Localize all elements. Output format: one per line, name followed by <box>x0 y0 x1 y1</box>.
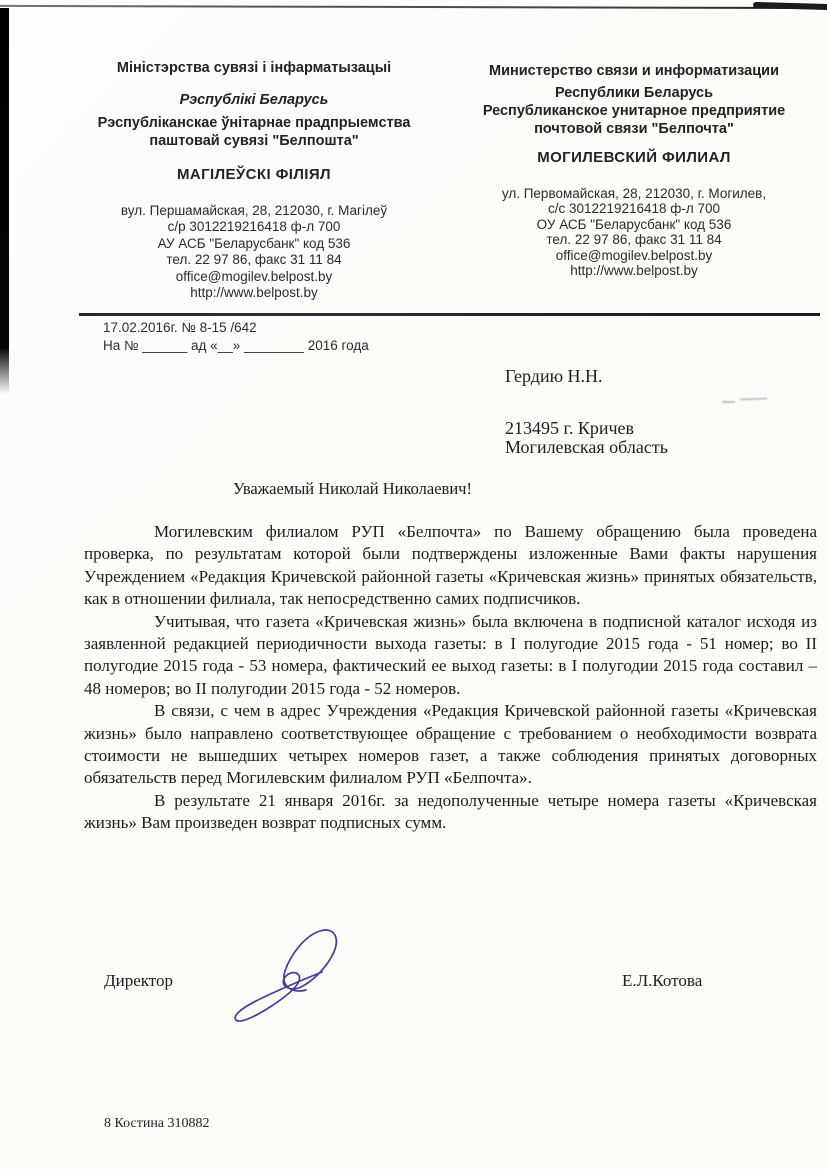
address-line: ул. Первомайская, 28, 212030, г. Могилев… <box>450 186 818 201</box>
body-paragraph: Учитывая, что газета «Кричевская жизнь» … <box>84 611 817 701</box>
incoming-reference-line: На № ______ ад «__» ________ 2016 года <box>103 338 369 353</box>
body-paragraph: Могилевским филиалом РУП «Белпочта» по В… <box>84 521 817 611</box>
address-line: ОУ АСБ "Беларусбанк" код 536 <box>450 217 818 232</box>
republic-name-by: Рэспублікі Беларусь <box>85 92 423 109</box>
enterprise-name-ru-line1: Республиканское унитарное предприятие <box>450 103 818 120</box>
letter-body: Могилевским филиалом РУП «Белпочта» по В… <box>84 521 817 835</box>
enterprise-name-ru-line2: почтовой связи "Белпочта" <box>450 121 818 138</box>
erased-text-smudge <box>722 397 772 407</box>
handwritten-signature <box>228 924 393 1034</box>
addressee-region: Могилевская область <box>505 437 668 458</box>
address-line: АУ АСБ "Беларусбанк" код 536 <box>85 236 423 252</box>
address-line: вул. Першамайская, 28, 212030, г. Магіле… <box>85 203 423 219</box>
email-address: office@mogilev.belpost.by <box>85 269 423 285</box>
signer-title: Директор <box>104 971 173 991</box>
address-line: с/с 3012219216418 ф-л 700 <box>450 201 818 216</box>
address-line: с/р 3012219216418 ф-л 700 <box>85 219 423 235</box>
scanned-letter-page: Міністэрства сувязі і інфарматызацыі Рэс… <box>0 0 827 1169</box>
enterprise-name-by-line1: Рэспубліканскае ўнітарнае прадпрыемства <box>85 115 423 132</box>
signer-name: Е.Л.Котова <box>622 971 702 991</box>
address-line: тел. 22 97 86, факс 31 11 84 <box>450 232 818 247</box>
body-paragraph: В связи, с чем в адрес Учреждения «Редак… <box>84 700 817 790</box>
email-address: office@mogilev.belpost.by <box>450 248 818 263</box>
ministry-name-by: Міністэрства сувязі і інфарматызацыі <box>85 60 423 77</box>
address-line: тел. 22 97 86, факс 31 11 84 <box>85 252 423 268</box>
branch-name-ru: МОГИЛЕВСКИЙ ФИЛИАЛ <box>450 149 818 166</box>
address-block-by: вул. Першамайская, 28, 212030, г. Магіле… <box>85 203 423 301</box>
website-address: http://www.belpost.by <box>450 263 818 278</box>
body-paragraph: В результате 21 января 2016г. за недопол… <box>84 790 817 835</box>
addressee-postal-city: 213495 г. Кричев <box>505 418 634 439</box>
letterhead-divider-line <box>79 313 820 316</box>
salutation: Уважаемый Николай Николаевич! <box>233 479 472 499</box>
letterhead-belarusian-column: Міністэрства сувязі і інфарматызацыі Рэс… <box>85 0 423 310</box>
addressee-name: Гердию Н.Н. <box>505 366 603 387</box>
address-block-ru: ул. Первомайская, 28, 212030, г. Могилев… <box>450 186 818 278</box>
scan-artifact-left-edge-bar <box>0 8 9 394</box>
ministry-name-ru: Министерство связи и информатизации <box>450 63 818 80</box>
executor-note: 8 Костина 310882 <box>104 1116 210 1132</box>
outgoing-reference-line: 17.02.2016г. № 8-15 /642 <box>103 320 257 335</box>
enterprise-name-by-line2: паштовай сувязі "Белпошта" <box>85 133 423 150</box>
branch-name-by: МАГІЛЕЎСКІ ФІЛІЯЛ <box>85 166 423 183</box>
letterhead-russian-column: Министерство связи и информатизации Респ… <box>450 0 818 310</box>
republic-name-ru: Республики Беларусь <box>450 85 818 102</box>
website-address: http://www.belpost.by <box>85 285 423 301</box>
